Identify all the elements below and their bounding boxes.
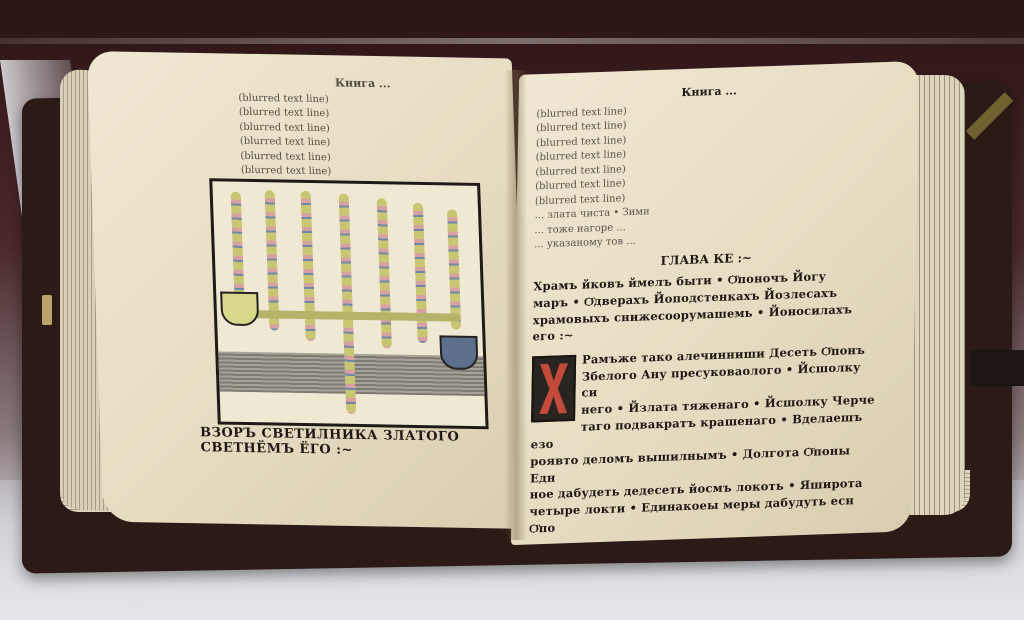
book-gutter <box>505 70 527 540</box>
right-page-text: Книга ... (blurred text line) (blurred t… <box>529 78 882 537</box>
right-page: Книга ... (blurred text line) (blurred t… <box>511 61 919 545</box>
decorated-initial-icon <box>531 355 576 423</box>
display-case-glass-edge <box>0 38 1024 44</box>
brass-clasp-left-icon <box>42 295 52 325</box>
menorah-branch-icon <box>447 209 461 329</box>
paragraph-2: Рамъже тако алечинниши Десеть Ѻ̈понъ Збе… <box>529 341 877 537</box>
menorah-branch-icon <box>377 198 392 348</box>
left-page: Книга ... (blurred text line) (blurred t… <box>87 51 528 529</box>
shield-icon <box>220 291 259 326</box>
shield-icon <box>439 335 478 370</box>
left-running-head: Книга ... <box>238 74 488 94</box>
illustration-caption: ВЗОРЪ СВЕТИЛНИКА ЗЛАТОГО СВЕТНЁМЪ ЁГО :~ <box>200 425 501 460</box>
menorah-branch-icon <box>413 203 428 343</box>
menorah-woodcut-illustration <box>209 178 488 429</box>
paragraph-1: Храмъ йковъ ймелъ быти • Ѻ̈поночъ Йогу м… <box>532 267 878 346</box>
clasp-strap <box>970 350 1024 386</box>
